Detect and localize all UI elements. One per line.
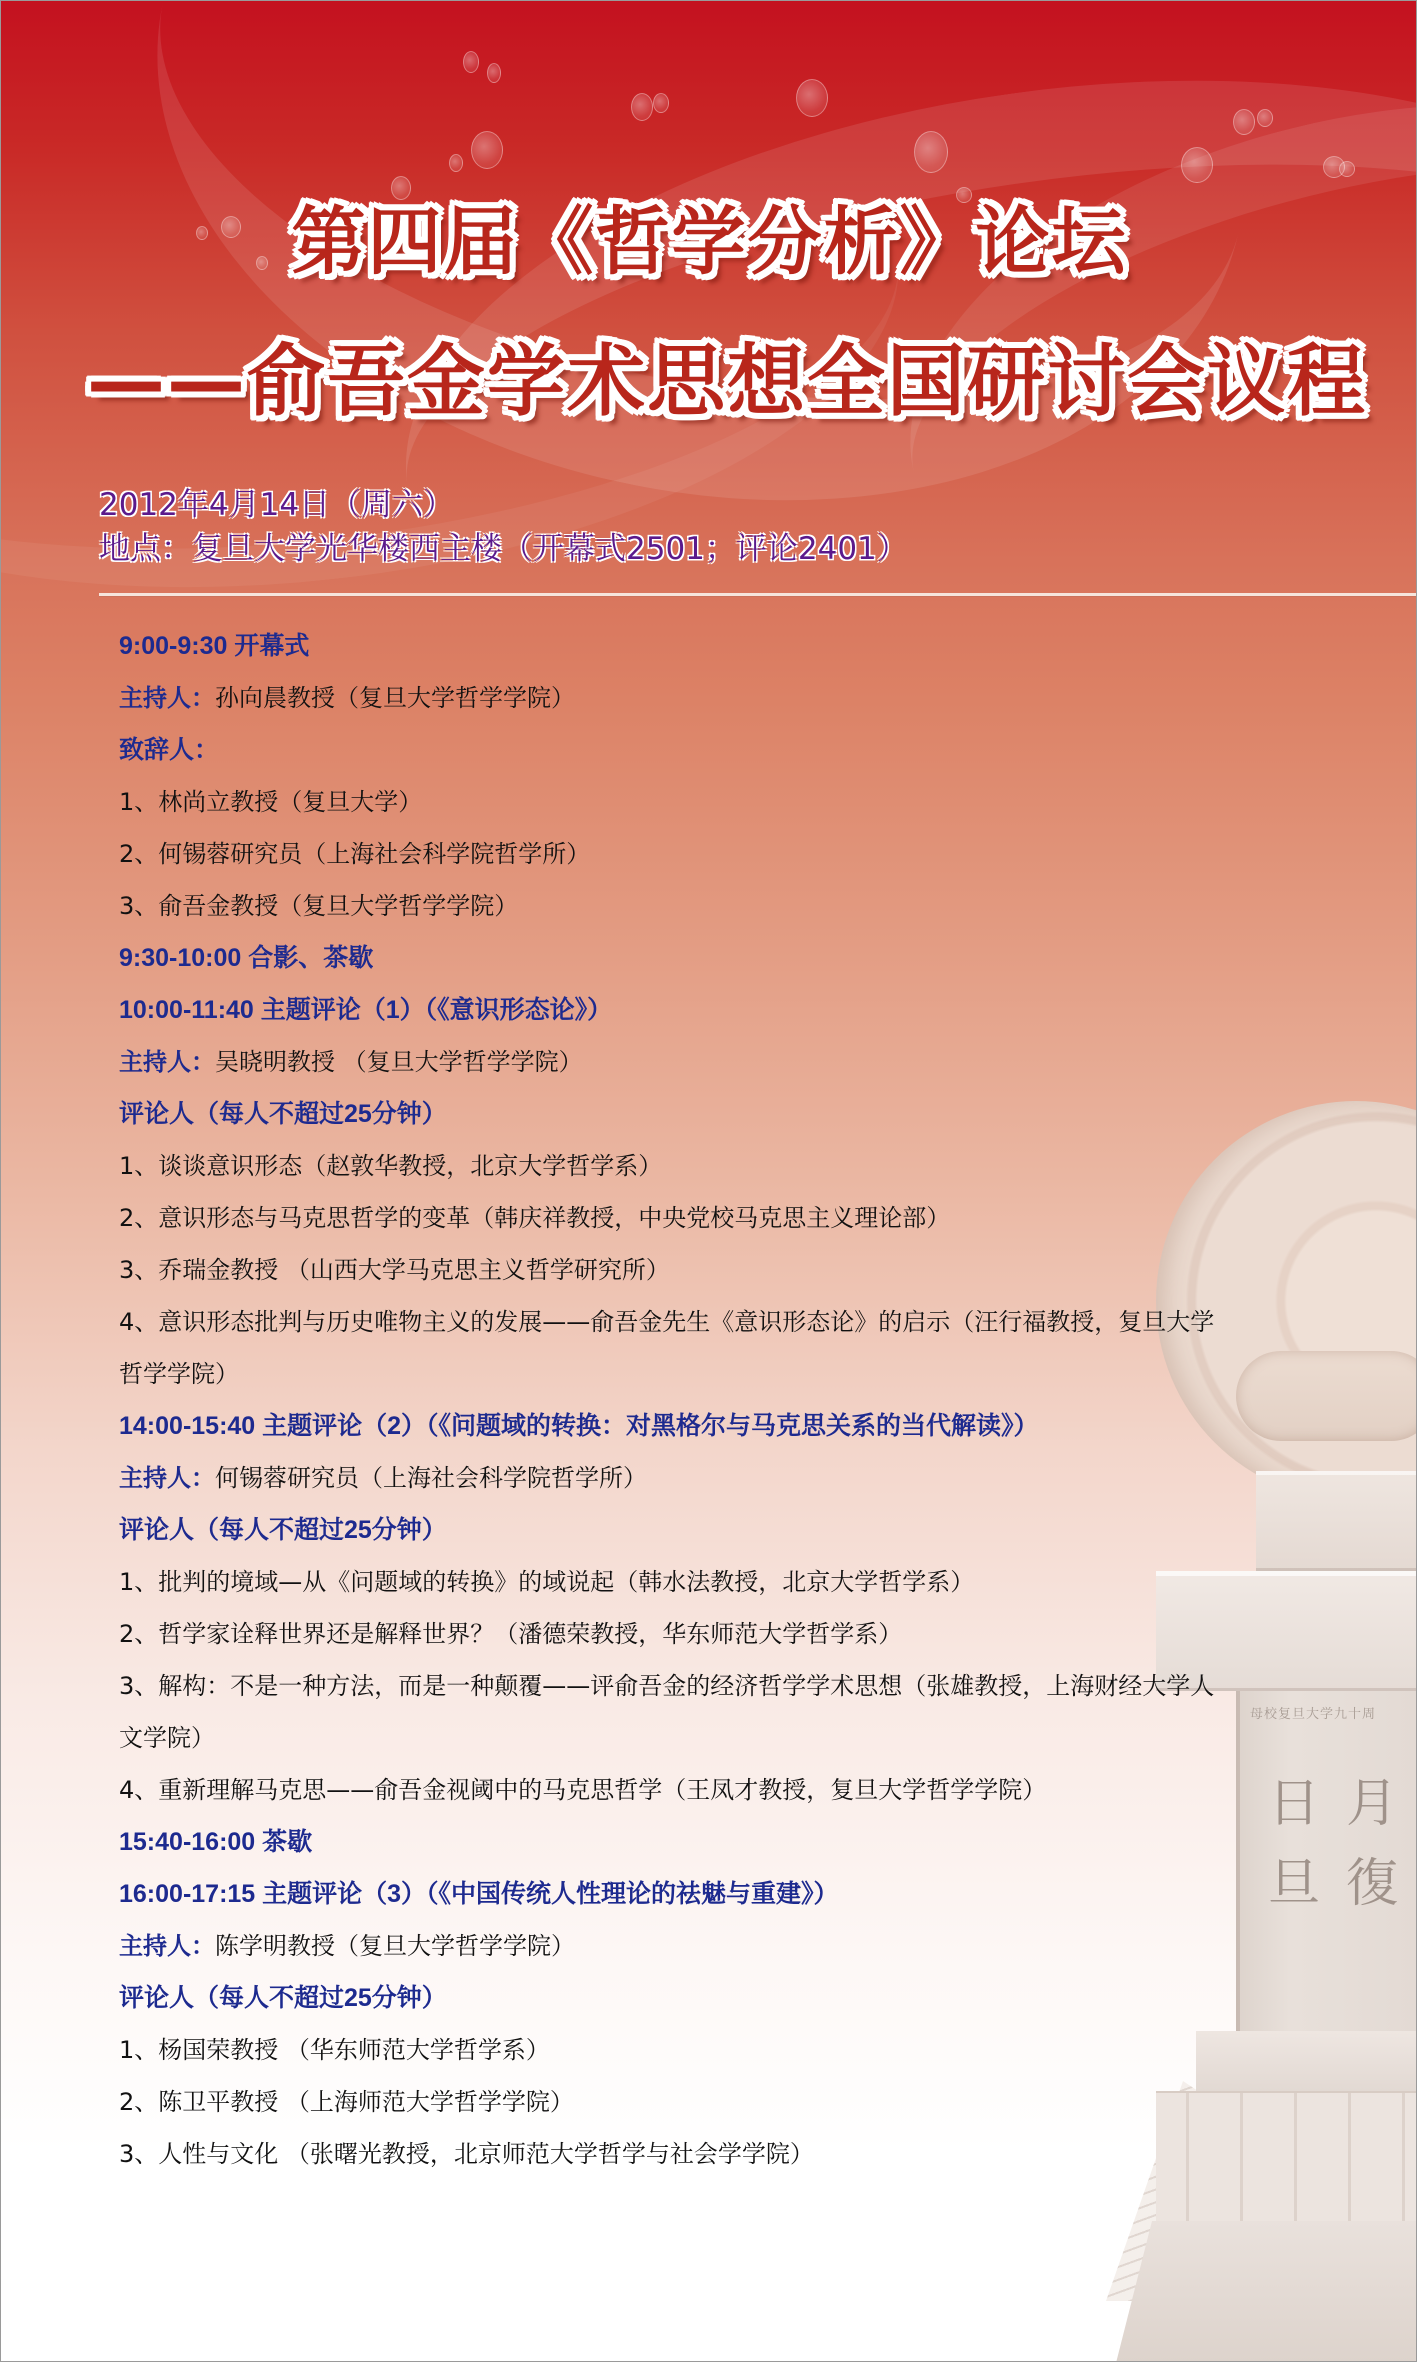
bubble-icon — [631, 93, 653, 121]
agenda-item: 1、批判的境域—从《问题域的转换》的域说起（韩水法教授，北京大学哲学系） — [119, 1556, 1379, 1608]
agenda-session-heading: 15:40-16:00 茶歇 — [119, 1816, 1379, 1868]
host-name: 何锡蓉研究员（上海社会科学院哲学所） — [215, 1464, 647, 1492]
divider — [99, 593, 1416, 596]
bubble-icon — [1233, 109, 1255, 135]
host-name: 吴晓明教授 （复旦大学哲学学院） — [215, 1048, 583, 1076]
agenda-item: 文学院） — [119, 1712, 1379, 1764]
bubble-icon — [463, 51, 479, 73]
agenda-session-heading: 10:00-11:40 主题评论（1）（《意识形态论》） — [119, 984, 1379, 1036]
agenda-list: 9:00-9:30 开幕式主持人：孙向晨教授（复旦大学哲学学院）致辞人：1、林尚… — [119, 620, 1379, 2180]
poster-title-line1: 第四届《哲学分析》论坛 — [1, 197, 1417, 287]
agenda-item: 4、重新理解马克思——俞吾金视阈中的马克思哲学（王凤才教授，复旦大学哲学学院） — [119, 1764, 1379, 1816]
bubble-icon — [471, 131, 503, 169]
monument-plinth — [1116, 2221, 1416, 2362]
event-location: 地点：复旦大学光华楼西主楼（开幕式2501；评论2401） — [99, 523, 908, 568]
agenda-item: 1、林尚立教授（复旦大学） — [119, 776, 1379, 828]
agenda-item: 2、何锡蓉研究员（上海社会科学院哲学所） — [119, 828, 1379, 880]
agenda-session-heading: 致辞人： — [119, 724, 1379, 776]
bubble-icon — [1181, 147, 1213, 183]
host-label: 主持人： — [119, 1465, 215, 1492]
bubble-icon — [487, 63, 501, 83]
agenda-item: 4、意识形态批判与历史唯物主义的发展——俞吾金先生《意识形态论》的启示（汪行福教… — [119, 1296, 1379, 1348]
agenda-host-line: 主持人：何锡蓉研究员（上海社会科学院哲学所） — [119, 1452, 1379, 1504]
agenda-host-line: 主持人：吴晓明教授 （复旦大学哲学学院） — [119, 1036, 1379, 1088]
host-name: 陈学明教授（复旦大学哲学学院） — [215, 1932, 575, 1960]
agenda-session-heading: 14:00-15:40 主题评论（2）（《问题域的转换：对黑格尔与马克思关系的当… — [119, 1400, 1379, 1452]
agenda-item: 哲学学院） — [119, 1348, 1379, 1400]
agenda-item: 2、哲学家诠释世界还是解释世界？（潘德荣教授，华东师范大学哲学系） — [119, 1608, 1379, 1660]
bubble-icon — [1339, 161, 1355, 177]
agenda-session-heading: 评论人（每人不超过25分钟） — [119, 1972, 1379, 2024]
host-name: 孙向晨教授（复旦大学哲学学院） — [215, 684, 575, 712]
bubble-icon — [914, 131, 948, 173]
agenda-item: 3、人性与文化 （张曙光教授，北京师范大学哲学与社会学学院） — [119, 2128, 1379, 2180]
host-label: 主持人： — [119, 1933, 215, 1960]
event-date: 2012年4月14日（周六） — [99, 479, 454, 524]
agenda-session-heading: 9:00-9:30 开幕式 — [119, 620, 1379, 672]
host-label: 主持人： — [119, 685, 215, 712]
bubble-icon — [1257, 109, 1273, 127]
agenda-item: 1、谈谈意识形态（赵敦华教授，北京大学哲学系） — [119, 1140, 1379, 1192]
agenda-session-heading: 评论人（每人不超过25分钟） — [119, 1504, 1379, 1556]
agenda-session-heading: 评论人（每人不超过25分钟） — [119, 1088, 1379, 1140]
bubble-icon — [449, 154, 463, 172]
bubble-icon — [653, 93, 669, 113]
agenda-poster: 第四届《哲学分析》论坛 ——俞吾金学术思想全国研讨会议程 2012年4月14日（… — [0, 0, 1417, 2362]
host-label: 主持人： — [119, 1049, 215, 1076]
agenda-host-line: 主持人：陈学明教授（复旦大学哲学学院） — [119, 1920, 1379, 1972]
poster-title-line2: ——俞吾金学术思想全国研讨会议程 — [87, 335, 1367, 429]
agenda-item: 1、杨国荣教授 （华东师范大学哲学系） — [119, 2024, 1379, 2076]
agenda-item: 2、意识形态与马克思哲学的变革（韩庆祥教授，中央党校马克思主义理论部） — [119, 1192, 1379, 1244]
agenda-session-heading: 16:00-17:15 主题评论（3）（《中国传统人性理论的祛魅与重建》） — [119, 1868, 1379, 1920]
agenda-item: 2、陈卫平教授 （上海师范大学哲学学院） — [119, 2076, 1379, 2128]
bubble-icon — [796, 79, 828, 117]
agenda-item: 3、乔瑞金教授 （山西大学马克思主义哲学研究所） — [119, 1244, 1379, 1296]
agenda-item: 3、解构：不是一种方法，而是一种颠覆——评俞吾金的经济哲学学术思想（张雄教授，上… — [119, 1660, 1379, 1712]
agenda-session-heading: 9:30-10:00 合影、茶歇 — [119, 932, 1379, 984]
agenda-item: 3、俞吾金教授（复旦大学哲学学院） — [119, 880, 1379, 932]
agenda-host-line: 主持人：孙向晨教授（复旦大学哲学学院） — [119, 672, 1379, 724]
